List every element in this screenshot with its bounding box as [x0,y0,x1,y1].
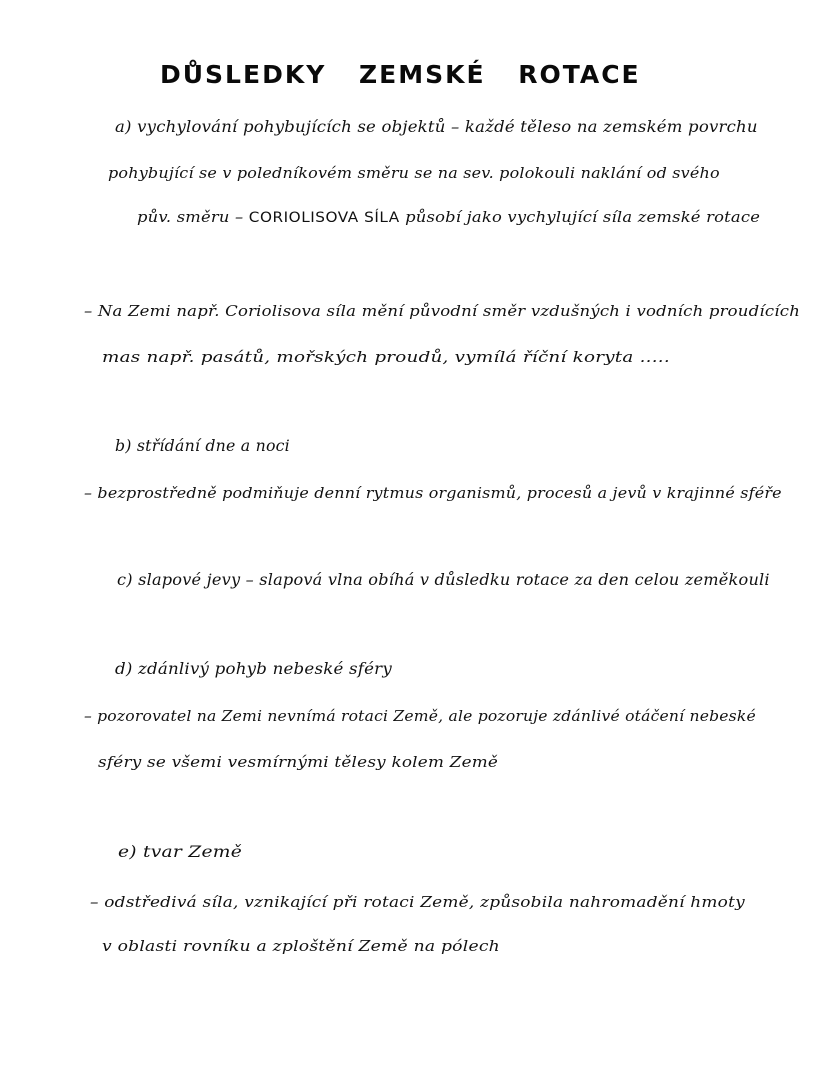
section-a-line-2: pohybující se v poledníkovém směru se na… [108,164,720,182]
section-a-note-1: – Na Zemi např. Coriolisova síla mění pů… [84,302,800,320]
section-d-note-1: – pozorovatel na Zemi nevnímá rotaci Zem… [84,707,756,725]
section-e-note-1: – odstředivá síla, vznikající při rotaci… [90,893,745,911]
section-e-note-2: v oblasti rovníku a zploštění Země na pó… [102,937,500,955]
section-e-heading: e) tvar Země [118,843,242,861]
section-a-note-2: mas např. pasátů, mořských proudů, vymíl… [102,348,670,366]
section-b-heading: b) střídání dne a noci [115,437,290,455]
coriolis-force-term: CORIOLISOVA SÍLA [249,210,400,226]
section-d-note-2: sféry se všemi vesmírnými tělesy kolem Z… [98,753,498,771]
section-a-line-1: a) vychylování pohybujících se objektů –… [115,118,758,136]
section-c-heading: c) slapové jevy – slapová vlna obíhá v d… [117,571,770,589]
section-a-line-3: pův. směru – CORIOLISOVA SÍLA působí jak… [137,208,760,226]
page-title: DŮSLEDKY ZEMSKÉ ROTACE [160,60,641,89]
section-a-line-3-end: působí jako vychylující síla zemské rota… [400,208,760,226]
handwritten-notes-page: DŮSLEDKY ZEMSKÉ ROTACE a) vychylování po… [0,0,828,1070]
section-d-heading: d) zdánlivý pohyb nebeské sféry [115,660,392,678]
section-b-note-1: – bezprostředně podmiňuje denní rytmus o… [84,484,782,502]
section-a-line-3-start: pův. směru – [137,208,249,226]
